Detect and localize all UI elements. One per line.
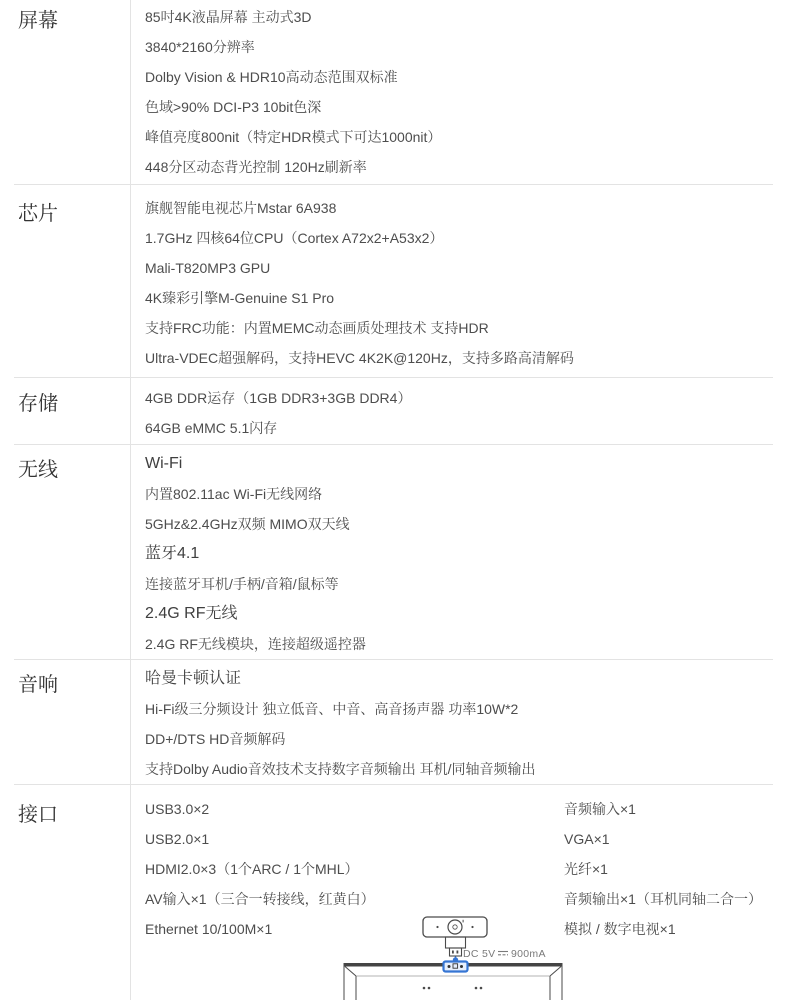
section-label: 芯片 [18,203,58,225]
spec-row: Ultra-VDEC超强解码，支持HEVC 4K2K@120Hz，支持多路高清解… [145,343,773,373]
spec-section-chip: 芯片 旗舰智能电视芯片Mstar 6A938 1.7GHz 四核64位CPU（C… [14,184,773,377]
spec-row: USB3.0×2 [145,794,564,824]
dc-power-label-prefix: DC 5V [463,948,495,960]
spec-row: 4GB DDR运存（1GB DDR3+3GB DDR4） [145,383,773,413]
section-label-cell: 存储 [14,378,131,444]
spec-section-ports: 接口 USB3.0×2 USB2.0×1 HDMI2.0×3（1个ARC / 1… [14,784,773,1000]
spec-section-wireless: 无线 Wi-Fi 内置802.11ac Wi-Fi无线网络 5GHz&2.4GH… [14,444,773,659]
section-content: 85吋4K液晶屏幕 主动式3D 3840*2160分辨率 Dolby Visio… [131,0,773,184]
spec-row: 支持Dolby Audio音效技术支持数字音频输出 耳机/同轴音频输出 [145,754,773,784]
spec-row: 3840*2160分辨率 [145,32,773,62]
dc-symbol-icon [498,952,508,955]
spec-row: 4K臻彩引擎M-Genuine S1 Pro [145,283,773,313]
spec-section-audio: 音响 哈曼卡顿认证 Hi-Fi级三分频设计 独立低音、中音、高音扬声器 功率10… [14,659,773,784]
product-spec-table: 屏幕 85吋4K液晶屏幕 主动式3D 3840*2160分辨率 Dolby Vi… [14,0,773,1000]
section-label: 存储 [18,393,58,415]
section-label-cell: 屏幕 [14,0,131,184]
section-label: 无线 [18,459,58,481]
dc-power-label: DC 5V 900mA [463,948,546,960]
section-content: 旗舰智能电视芯片Mstar 6A938 1.7GHz 四核64位CPU（Cort… [131,185,773,377]
section-label-cell: 芯片 [14,185,131,377]
section-content: 4GB DDR运存（1GB DDR3+3GB DDR4） 64GB eMMC 5… [131,378,773,444]
tv-camera-diagram: DC 5V 900mA [339,906,569,1000]
spec-subheading: 哈曼卡顿认证 [145,664,773,694]
spec-subheading: Wi-Fi [145,449,773,479]
spec-row: Dolby Vision & HDR10高动态范围双标准 [145,62,773,92]
spec-subheading: 蓝牙4.1 [145,539,773,569]
spec-row: DD+/DTS HD音频解码 [145,724,773,754]
spec-row: 2.4G RF无线模块，连接超级遥控器 [145,629,773,659]
section-content: Wi-Fi 内置802.11ac Wi-Fi无线网络 5GHz&2.4GHz双频… [131,445,773,659]
spec-row: 支持FRC功能：内置MEMC动态画质处理技术 支持HDR [145,313,773,343]
spec-row: 448分区动态背光控制 120Hz刷新率 [145,152,773,182]
section-label-cell: 音响 [14,660,131,784]
spec-row: USB2.0×1 [145,824,564,854]
spec-row: Mali-T820MP3 GPU [145,253,773,283]
spec-section-storage: 存储 4GB DDR运存（1GB DDR3+3GB DDR4） 64GB eMM… [14,377,773,444]
ports-right-column: 音频输入×1 VGA×1 光纤×1 音频输出×1（耳机同轴二合一） 模拟 / 数… [564,794,773,944]
spec-row: 音频输入×1 [564,794,773,824]
spec-section-screen: 屏幕 85吋4K液晶屏幕 主动式3D 3840*2160分辨率 Dolby Vi… [14,0,773,184]
spec-subheading: 2.4G RF无线 [145,599,773,629]
spec-row: 5GHz&2.4GHz双频 MIMO双天线 [145,509,773,539]
spec-row: Hi-Fi级三分频设计 独立低音、中音、高音扬声器 功率10W*2 [145,694,773,724]
section-content: 哈曼卡顿认证 Hi-Fi级三分频设计 独立低音、中音、高音扬声器 功率10W*2… [131,660,773,784]
spec-row: 光纤×1 [564,854,773,884]
spec-row: 85吋4K液晶屏幕 主动式3D [145,2,773,32]
spec-row: HDMI2.0×3（1个ARC / 1个MHL） [145,854,564,884]
section-label-cell: 无线 [14,445,131,659]
section-label: 音响 [18,674,58,696]
spec-row: 1.7GHz 四核64位CPU（Cortex A72x2+A53x2） [145,223,773,253]
section-content: USB3.0×2 USB2.0×1 HDMI2.0×3（1个ARC / 1个MH… [131,785,773,1000]
spec-row: 峰值亮度800nit（特定HDR模式下可达1000nit） [145,122,773,152]
spec-row: 旗舰智能电视芯片Mstar 6A938 [145,193,773,223]
section-label: 屏幕 [18,10,58,32]
spec-row: 色域>90% DCI-P3 10bit色深 [145,92,773,122]
spec-row: 内置802.11ac Wi-Fi无线网络 [145,479,773,509]
spec-row: 音频输出×1（耳机同轴二合一） [564,884,773,914]
dc-power-label-suffix: 900mA [511,948,546,960]
camera-port-highlight [444,962,468,972]
section-label: 接口 [18,804,58,826]
section-label-cell: 接口 [14,785,131,1000]
spec-row: 模拟 / 数字电视×1 [564,914,773,944]
spec-row: VGA×1 [564,824,773,854]
spec-row: 64GB eMMC 5.1闪存 [145,413,773,443]
spec-row: 连接蓝牙耳机/手柄/音箱/鼠标等 [145,569,773,599]
